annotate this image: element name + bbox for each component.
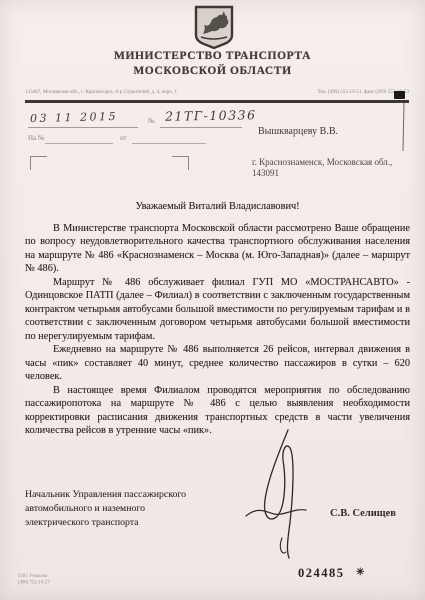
ministry-name-line1: МИНИСТЕРСТВО ТРАНСПОРТА	[0, 50, 425, 62]
reply-number-underline	[45, 143, 113, 144]
coat-of-arms-icon	[191, 4, 237, 50]
signer-name: С.В. Селищев	[330, 508, 396, 519]
letterhead-address: 143407, Московская обл., г. Красногорск,…	[25, 88, 177, 94]
recipient-address-line2: 143091	[252, 168, 412, 179]
reply-to-label: На №	[28, 134, 45, 142]
ministry-name-line2: МОСКОВСКОЙ ОБЛАСТИ	[0, 65, 425, 77]
scanned-letter-page: { "letterhead": { "emblem_icon": "moscow…	[0, 0, 425, 600]
number-underline	[160, 127, 242, 128]
signer-job-title-line2: автомобильного и наземного	[25, 502, 186, 516]
scan-artifact-blob	[394, 91, 405, 99]
registration-stamp-number: 024485	[298, 566, 345, 581]
recipient-name: Вышкварцеву В.В.	[258, 126, 338, 137]
paragraph-3: Ежедневно на маршруте № 486 выполняется …	[25, 343, 410, 384]
signer-job-title: Начальник Управления пассажирского автом…	[25, 488, 186, 530]
handwritten-outgoing-number: 21ТГ-10336	[165, 107, 257, 124]
date-underline	[28, 127, 138, 128]
number-label: №	[148, 117, 155, 125]
paragraph-1: В Министерстве транспорта Московской обл…	[25, 222, 410, 276]
reply-date-label: от	[120, 134, 126, 142]
handwritten-date: 03 11 2015	[30, 110, 118, 125]
reply-date-underline	[132, 143, 206, 144]
executor-note: О.Ю. Рожкова (498) 752-10-27	[18, 572, 198, 585]
address-zone-corner-left	[30, 156, 47, 170]
recipient-address: г. Краснознаменск, Московская обл., 1430…	[252, 157, 412, 179]
letterhead-rule	[25, 100, 409, 103]
scan-artifact-scratch	[402, 103, 404, 151]
salutation: Уважаемый Виталий Владиславович!	[25, 200, 410, 214]
letterhead-contact-row: 143407, Московская обл., г. Красногорск,…	[25, 88, 409, 94]
asterisk-stamp-icon: ✳	[356, 567, 364, 578]
paragraph-4: В настоящее время Филиалом проводятся ме…	[25, 384, 410, 438]
signer-job-title-line1: Начальник Управления пассажирского	[25, 488, 186, 502]
handwritten-signature-icon	[232, 426, 317, 562]
recipient-address-line1: г. Краснознаменск, Московская обл.,	[252, 157, 412, 168]
letter-body: Уважаемый Виталий Владиславович! В Минис…	[25, 200, 410, 438]
executor-phone: (498) 752-10-27	[18, 579, 198, 586]
paragraph-2: Маршрут № 486 обслуживает филиал ГУП МО …	[25, 276, 410, 344]
signer-job-title-line3: электрического транспорта	[25, 516, 186, 530]
address-zone-corner-right	[172, 156, 189, 170]
